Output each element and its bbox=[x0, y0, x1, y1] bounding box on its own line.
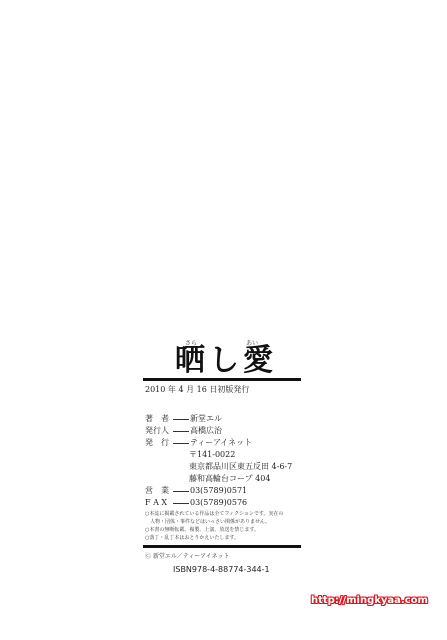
contact-sales: 営 業03(5789)0571 bbox=[145, 485, 303, 497]
contact-value: 03(5789)0571 bbox=[190, 486, 247, 495]
dash-divider bbox=[173, 431, 189, 432]
copyright: Ⓒ 新堂エル／ティーアイネット bbox=[145, 551, 303, 560]
credit-value: 高橋広治 bbox=[190, 426, 222, 435]
contact-label: F A X bbox=[145, 497, 173, 509]
note-line: ○本誌に掲載されている作品は全てフィクションです。実在の bbox=[145, 510, 303, 518]
title-divider bbox=[143, 378, 301, 381]
bottom-divider bbox=[143, 545, 301, 548]
credit-author: 著 者新堂エル bbox=[145, 413, 303, 425]
contact-value: 03(5789)0576 bbox=[190, 498, 247, 507]
credit-value: 新堂エル bbox=[190, 414, 222, 423]
credits: 著 者新堂エル 発行人高橋広治 発 行ティーアイネット 〒141-0022 東京… bbox=[145, 413, 303, 509]
address-line-2: 藤和高輪台コープ 404 bbox=[145, 473, 303, 485]
watermark-link[interactable]: http://mingkyaa.com bbox=[311, 595, 428, 606]
dash-divider bbox=[173, 503, 189, 504]
address-line-1: 東京都品川区東五反田 4-6-7 bbox=[145, 461, 303, 473]
note-line: 人物・団体・事件などはいっさい関係がありません。 bbox=[145, 518, 303, 526]
colophon: さら あい 晒し愛 2010 年 4 月 16 日初版発行 著 者新堂エル 発行… bbox=[143, 338, 303, 574]
credit-value: ティーアイネット bbox=[190, 438, 252, 447]
publish-date: 2010 年 4 月 16 日初版発行 bbox=[145, 384, 303, 395]
contact-label: 営 業 bbox=[145, 485, 173, 497]
dash-divider bbox=[173, 443, 189, 444]
dash-divider bbox=[173, 419, 189, 420]
postal-code: 〒141-0022 bbox=[145, 449, 303, 461]
credit-label: 著 者 bbox=[145, 413, 173, 425]
credit-publisher: 発 行ティーアイネット bbox=[145, 437, 303, 449]
isbn: ISBN978-4-88774-344-1 bbox=[173, 565, 303, 574]
dash-divider bbox=[173, 491, 189, 492]
legal-notes: ○本誌に掲載されている作品は全てフィクションです。実在の 人物・団体・事件などは… bbox=[145, 510, 303, 542]
credit-publisher-person: 発行人高橋広治 bbox=[145, 425, 303, 437]
credit-label: 発行人 bbox=[145, 425, 173, 437]
note-line: ○落丁・乱丁本はおとりかえいたします。 bbox=[145, 534, 303, 542]
book-title: 晒し愛 bbox=[175, 344, 277, 378]
title-block: さら あい 晒し愛 bbox=[145, 338, 303, 378]
note-line: ○本書の無断転載、複製、上演、放送を禁じます。 bbox=[145, 526, 303, 534]
contact-fax: F A X03(5789)0576 bbox=[145, 497, 303, 509]
credit-label: 発 行 bbox=[145, 437, 173, 449]
